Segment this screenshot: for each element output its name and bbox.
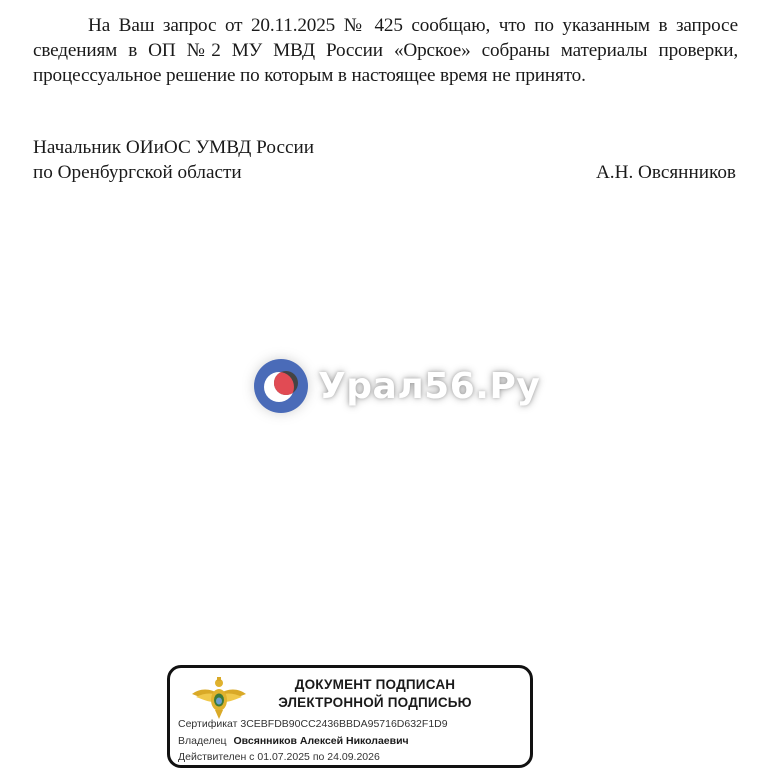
esign-title: ДОКУМЕНТ ПОДПИСАН ЭЛЕКТРОННОЙ ПОДПИСЬЮ [250, 676, 500, 712]
owner-line: Владелец Овсянников Алексей Николаевич [178, 733, 448, 750]
owner-label: Владелец [178, 735, 227, 747]
signature-row: по Оренбургской области А.Н. Овсянников [33, 160, 738, 185]
signer-position-line2: по Оренбургской области [33, 160, 242, 185]
electronic-signature-stamp: ДОКУМЕНТ ПОДПИСАН ЭЛЕКТРОННОЙ ПОДПИСЬЮ С… [167, 665, 533, 768]
signer-position-line1: Начальник ОИиОС УМВД России [33, 135, 738, 160]
mvd-emblem-icon [190, 674, 248, 720]
owner-value: Овсянников Алексей Николаевич [234, 735, 409, 747]
esign-details: Сертификат 3CEBFDB90CC2436BBDA95716D632F… [178, 716, 448, 766]
watermark: Урал56.Ру [252, 357, 540, 415]
ural56-logo-icon [252, 357, 310, 415]
certificate-value: 3CEBFDB90CC2436BBDA95716D632F1D9 [240, 718, 447, 730]
letter-body-paragraph: На Ваш запрос от 20.11.2025 № 425 сообща… [33, 13, 738, 88]
signer-name: А.Н. Овсянников [596, 160, 738, 185]
validity-line: Действителен с 01.07.2025 по 24.09.2026 [178, 749, 448, 766]
certificate-label: Сертификат [178, 718, 237, 730]
watermark-text: Урал56.Ру [318, 366, 540, 407]
esign-title-line2: ЭЛЕКТРОННОЙ ПОДПИСЬЮ [250, 694, 500, 712]
certificate-line: Сертификат 3CEBFDB90CC2436BBDA95716D632F… [178, 716, 448, 733]
esign-title-line1: ДОКУМЕНТ ПОДПИСАН [250, 676, 500, 694]
signature-block: Начальник ОИиОС УМВД России по Оренбургс… [33, 135, 738, 185]
